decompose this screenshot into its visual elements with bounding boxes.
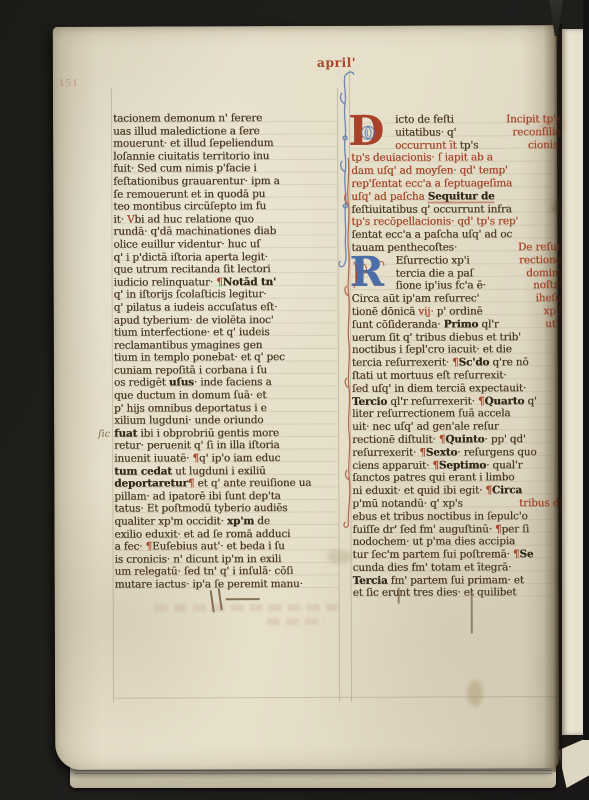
folio-number: 151 [59,79,79,89]
manuscript-text-line: q' i p'dictā iſtoria aperta legit· [113,250,337,263]
manuscript-text-line: reclamantibus ymagines gen [114,339,338,352]
manuscript-text-line: rundā· q'dā machinationes diab [113,225,337,238]
manuscript-text-line: cuniam repoſitā i corbana i ſu [114,364,338,377]
manuscript-text-line: tercia reſurrexerit· ¶Sc'do q're nō [352,356,562,370]
parchment-stain [539,115,565,135]
manuscript-text-line: ſtati ut mortuus eſt reſurrexit· [352,369,562,383]
pen-tail-stroke [471,589,473,633]
manuscript-text-line: xilium lugduni· unde oriundo [114,414,338,427]
initial-D: D [345,112,387,150]
manuscript-text-line: loſannie ciuitatis territorio inu [113,150,337,163]
manuscript-text-line: apud tyberium· de violēta inoc' [114,313,338,326]
manuscript-text-line: ciens apparuit· ¶Septimo· qual'r [352,459,562,473]
manuscript-text-line: Tercio ql'r reſurrexerit· ¶Quarto q' [352,395,562,409]
manuscript-text-line: uſq' ad paſcha Sequitur de [351,190,561,204]
manuscript-text-line: iudicio relinquatur· ¶Notād tn' [114,276,338,289]
manuscript-text-line: dam uſq' ad moyſen· qd' temp' [351,164,561,178]
manuscript-text-line: pillam· ad ipatorē ibi ſunt dep'ta [114,490,338,503]
initial-R: R [345,253,387,291]
manuscript-text-line: um relegatū· ſed tn' q' i inſulā· cōſi [115,565,339,578]
background-right-gap [583,0,589,740]
manuscript-text-line: rep'ſentat ecc'a a ſeptuageſima [351,177,561,191]
manuscript-text-line: que ductum in domum ſuā· et [114,389,338,402]
manuscript-text-line: nodochem· ut p'ma dies accipia [352,535,562,549]
manuscript-text-line: ſanctos patres qui erant i limbo [352,471,562,485]
manuscript-text-line: tium interfectione· et q' iudeis [114,326,338,339]
manuscript-text-line: tur ſec'm partem ſui poſtremā· ¶Se [353,548,563,562]
manuscript-text-line: p' hijs omnibus deportatus i e [114,402,338,415]
manuscript-text-line: retur· peruenit q' ſi in illa iſtoria [114,439,338,452]
manuscript-text-line: fuiſſe dr' ſed fm' auguſtinū· ¶per ſi [352,523,562,537]
manuscript-text-line: deportaretur¶ et q' ante reuiſione ua [114,477,338,490]
manuscript-text-line: tacionem demonum n' ferere [113,112,337,125]
manuscript-text-line: ſed uſq' in diem terciā expectauit· [352,382,562,396]
running-header-month: april' [317,55,356,70]
column-end-mark [204,586,266,616]
manuscript-text-line: tionē dōnicā vij· p' ordinē xp'i [352,305,562,319]
manuscript-text-line: olice euillur videntur· huc uſ [113,238,337,251]
manuscript-text-line: ebus et tribus noctibus in ſepulc'o [352,510,562,524]
manuscript-page: 151 april' [53,25,560,770]
manuscript-text-line: fuat ibi i obprobriū gentis more [114,427,338,440]
manuscript-text-line: uit· nec uſq' ad gen'ale reſur [352,420,562,434]
manuscript-text-line: que utrum recitanda ſit lectori [114,263,338,276]
manuscript-text-line: feſtationibus grauarentur· ipm a [113,175,337,188]
manuscript-text-line: is cronicis· n' dicunt ip'm in exili [115,553,339,566]
manuscript-text-line: ni eduxit· et quid ibi egit· ¶Circa [352,484,562,498]
manuscript-text-line: liter reſurrectionem ſuā accela [352,407,562,421]
manuscript-text-line: fuit· Sed cum nimis p'facie i [113,162,337,175]
manuscript-text-line: et ſic erunt tres dies· et quilibet [353,587,563,601]
manuscript-text-line: p'mū notandū· q' xp's tribus di [352,497,562,511]
parchment-stain [327,550,353,564]
facing-page-edge [561,29,584,735]
manuscript-text-line: mouerunt· et illud ſepeliendum [113,137,337,150]
manuscript-text-line: noctibus i ſepl'cro iacuit· et die [352,343,562,357]
parchment-stain [551,201,561,213]
manuscript-photo: 151 april' [0,0,589,800]
faded-offset-text [155,604,345,612]
manuscript-text-line: tum cedat ut lugduni i exiliū [114,465,338,478]
manuscript-text-line: it· Vbi ad huc relatione quo [113,213,337,226]
manuscript-text-line: tium in templo ponebat· et q' pec [114,351,338,364]
manuscript-text-line: uerum ſit q' tribus diebus et trib' [352,331,562,345]
manuscript-text-line: inuenit iuuatē· ¶q' ip'o iam educ [114,452,338,465]
manuscript-text-line: ſe remouerunt et in quodā pu [113,187,337,200]
parchment-stain [467,680,483,706]
manuscript-text-line: uas illud maledictione a ſere [113,124,337,137]
manuscript-text-line: ſentat ecc'a a paſcha uſq' ad oc [351,228,561,242]
manuscript-text-line: qualiter xp'm occidit· xp'm de [114,515,338,528]
pen-tail-stroke [398,588,400,604]
manuscript-text-line: ſunt cōſideranda· Primo ql'r ut'· [352,318,562,332]
right-text-column: icto de feſti Incipit tp'suitatibus· q' … [351,113,563,600]
manuscript-text-line: tp's recōpellacionis· qd' tp's rep' [351,215,561,229]
manuscript-text-line: q' in iſtorijs ſcolaſticis legitur· [114,288,338,301]
manuscript-text-line: Tercia fm' partem ſui primam· et [353,574,563,588]
manuscript-text-line: teo montibus circūſepto im fu [113,200,337,213]
facing-page-corner [556,736,589,788]
manuscript-text-line: q' pilatus a iudeis accuſatus eſt· [114,301,338,314]
faded-offset-text [267,618,325,625]
manuscript-text-line: reſurrexerit· ¶Sexto· reſurgens quo [352,446,562,460]
manuscript-text-line: feſtiuitatibus q' occurrunt infra [351,203,561,217]
manuscript-text-line: cunda dies fm' totam et ītegrā· [353,561,563,575]
manuscript-text-line: exilio eduxit· et ad ſe romā adduci [114,527,338,540]
left-text-column: tacionem demonum n' ferereuas illud male… [113,112,339,591]
ruling-line-horizontal [113,696,557,699]
margin-note-sic: ſic [98,429,110,440]
manuscript-text-line: a fec· ¶Euſebius aut'· et beda i ſu [114,540,338,553]
manuscript-text-line: tatus· Et poſtmodū tyberio audiēs [114,502,338,515]
manuscript-text-line: os redigēt uſus· inde faciens a [114,376,338,389]
manuscript-text-line: rectionē diſtulit· ¶Quinto· pp' qd' [352,433,562,447]
